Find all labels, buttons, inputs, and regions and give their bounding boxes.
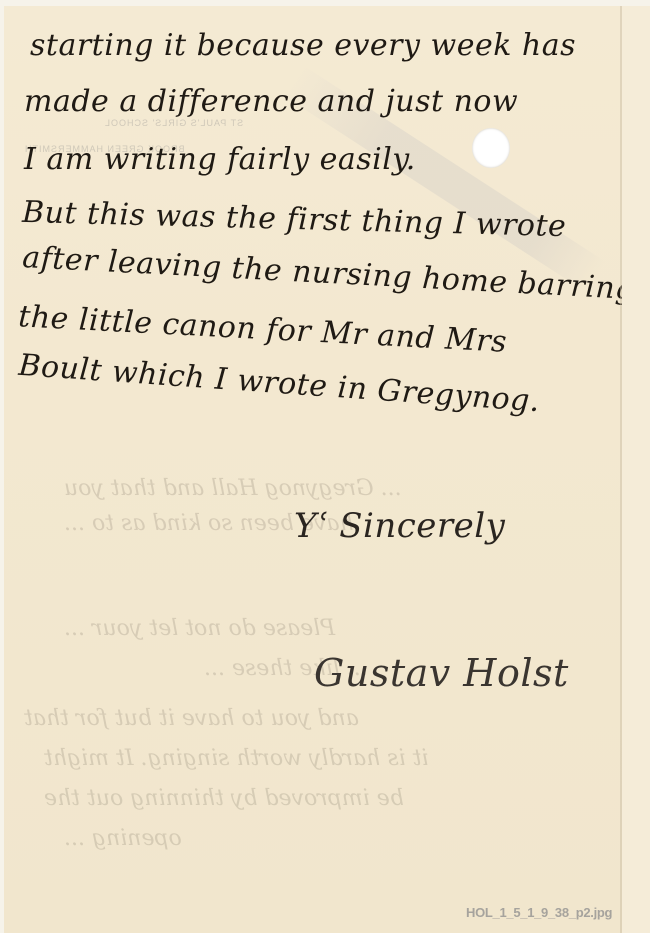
reverse-text-line: ... Gregynog Hall and that you — [64, 476, 402, 501]
letter-line-7: Boult which I wrote in Gregynog. — [17, 348, 541, 419]
letter-line-1: starting it because every week has — [30, 28, 576, 63]
letter-page: ST PAUL'S GIRLS' SCHOOL BROOK GREEN HAMM… — [4, 6, 650, 933]
page-edge — [622, 6, 650, 933]
reverse-text-line: Please do not let your ... — [64, 616, 335, 641]
letter-line-3: I am writing fairly easily. — [24, 142, 416, 177]
letter-line-2: made a difference and just now — [24, 84, 518, 119]
letter-closing: Yʿ Sincerely — [294, 506, 505, 546]
letterhead-school: ST PAUL'S GIRLS' SCHOOL — [104, 118, 243, 128]
reverse-text-line: it is hardly worth singing. It might — [44, 746, 429, 771]
reverse-text-line: be improved by thinning out the — [44, 786, 404, 811]
filename-watermark: HOL_1_5_1_9_38_p2.jpg — [466, 905, 612, 920]
reverse-text-line: and you to have it but for that — [24, 706, 359, 731]
punch-hole — [472, 128, 510, 168]
letter-line-6: the little canon for Mr and Mrs — [17, 299, 507, 360]
signature: Gustav Holst — [314, 651, 569, 695]
reverse-text-line: opening ... — [64, 826, 182, 851]
